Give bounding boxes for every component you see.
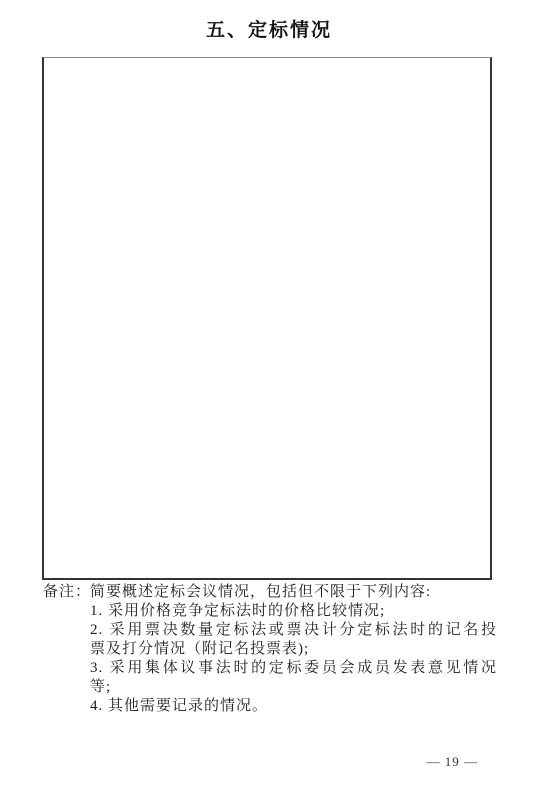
note-line-item-2a: 2. 采用票决数量定标法或票决计分定标法时的记名投 [90, 621, 497, 640]
document-page: 五、定标情况 备注： 简要概述定标会议情况，包括但不限于下列内容: 1. 采用价… [0, 0, 538, 793]
award-record-entry-box[interactable] [42, 57, 492, 580]
note-line-item-3a: 3. 采用集体议事法时的定标委员会成员发表意见情况 [90, 659, 497, 678]
note-line-item-3b: 等; [90, 678, 497, 697]
note-line-item-2b: 票及打分情况（附记名投票表); [90, 640, 497, 659]
page-title: 五、定标情况 [0, 19, 538, 42]
notes-label: 备注： [43, 583, 90, 602]
notes-content: 简要概述定标会议情况，包括但不限于下列内容: 1. 采用价格竞争定标法时的价格比… [90, 583, 497, 716]
page-number: — 19 — [427, 754, 479, 770]
notes-section: 备注： 简要概述定标会议情况，包括但不限于下列内容: 1. 采用价格竞争定标法时… [43, 583, 497, 716]
note-line-intro: 简要概述定标会议情况，包括但不限于下列内容: [90, 583, 497, 602]
note-line-item-1: 1. 采用价格竞争定标法时的价格比较情况; [90, 602, 497, 621]
note-line-item-4: 4. 其他需要记录的情况。 [90, 697, 497, 716]
